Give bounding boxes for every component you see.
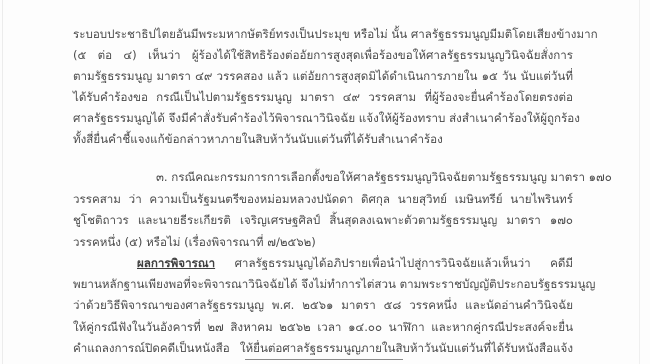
result-first-line: ผลการพิจารณา ศาลรัฐธรรมนูญได้อภิปรายเพื่…	[137, 256, 573, 270]
result-first-line-text: ศาลรัฐธรรมนูญได้อภิปรายเพื่อนำไปสู่การวิ…	[215, 256, 573, 270]
paragraph-line: ทั้งสี่ยื่นคำชี้แจงแก้ข้อกล่าวหาภายในสิบ…	[73, 132, 573, 146]
page-left-edge	[2, 0, 3, 364]
result-line: คำแถลงการณ์ปิดคดีเป็นหนังสือ ให้ยื่นต่อศ…	[73, 341, 573, 355]
item-3-line: วรรคสาม ว่า ความเป็นรัฐมนตรีของหม่อมหลวง…	[73, 192, 573, 206]
horizontal-rule	[245, 359, 403, 360]
paragraph-line: ตามรัฐธรรมนูญ มาตรา ๔๙ วรรคสอง แล้ว แต่อ…	[73, 69, 573, 83]
result-line: พยานหลักฐานเพียงพอที่จะพิจารณาวินิจฉัยได…	[73, 277, 573, 291]
paragraph-line: (๕ ต่อ ๔) เห็นว่า ผู้ร้องได้ใช้สิทธิร้อง…	[73, 48, 573, 62]
item-3-line: วรรคหนึ่ง (๕) หรือไม่ (เรื่องพิจารณาที่ …	[73, 235, 573, 249]
paragraph-line: ระบอบประชาธิปไตยอันมีพระมหากษัตริย์ทรงเป…	[73, 27, 573, 41]
result-line: ให้คู่กรณีฟังในวันอังคารที่ ๒๗ สิงหาคม ๒…	[73, 320, 573, 334]
result-line: ว่าด้วยวิธีพิจารณาของศาลรัฐธรรมนูญ พ.ศ. …	[73, 298, 573, 312]
item-3-heading-line: ๓. กรณีคณะกรรมการการเลือกตั้งขอให้ศาลรัฐ…	[156, 170, 573, 184]
paragraph-line: ได้รับคำร้องขอ กรณีเป็นไปตามรัฐธรรมนูญ ม…	[73, 90, 573, 104]
document-page: ระบอบประชาธิปไตยอันมีพระมหากษัตริย์ทรงเป…	[0, 0, 650, 364]
item-3-line: ชูโชติถาวร และนายธีระเกียรติ เจริญเศรษฐศ…	[73, 213, 573, 227]
result-heading: ผลการพิจารณา	[137, 256, 215, 270]
page-right-edge	[639, 0, 640, 364]
paragraph-line: ศาลรัฐธรรมนูญได้ จึงมีคำสั่งรับคำร้องไว้…	[73, 111, 573, 125]
